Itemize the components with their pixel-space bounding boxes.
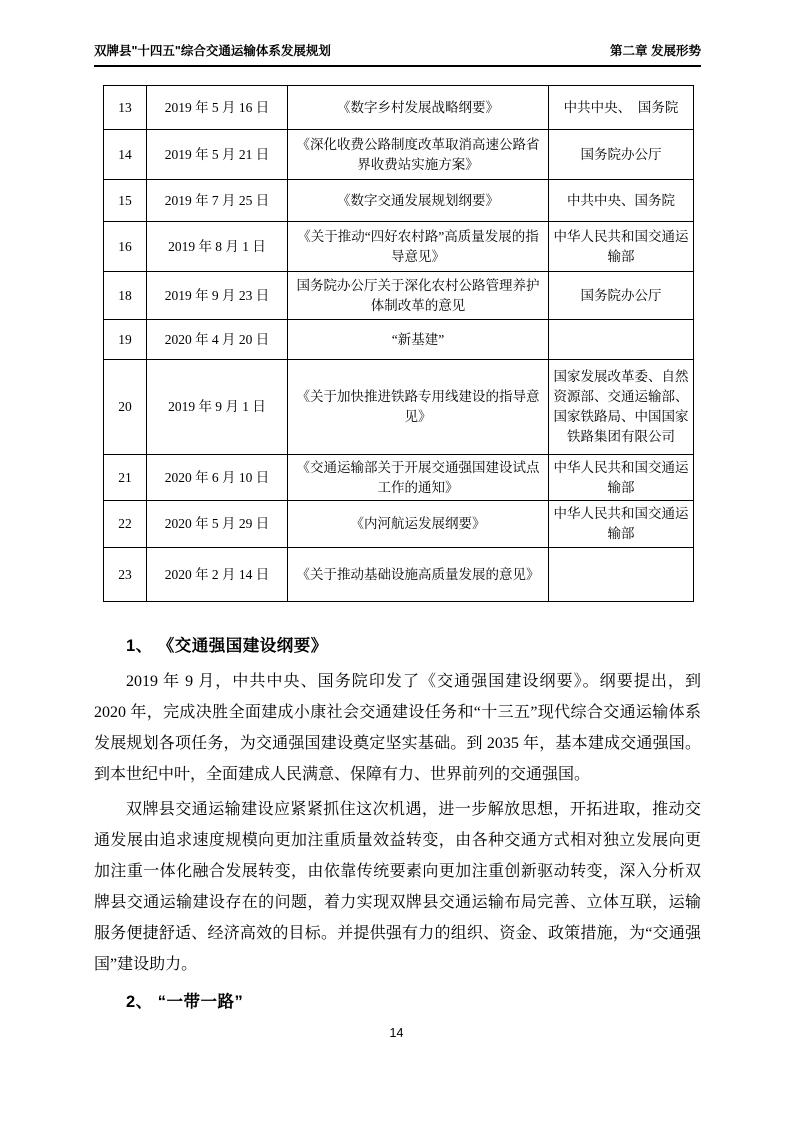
table-row: 16 2019 年 8 月 1 日 《关于推动“四好农村路”高质量发展的指导意见…: [104, 222, 694, 272]
cell-title: 《内河航运发展纲要》: [288, 501, 549, 548]
document-page: 双牌县"十四五"综合交通运输体系发展规划 第二章 发展形势 13 2019 年 …: [0, 0, 793, 1122]
header-chapter-title: 第二章 发展形势: [610, 44, 701, 59]
cell-title: 《关于推动基础设施高质量发展的意见》: [288, 548, 549, 602]
cell-title: 《关于加快推进铁路专用线建设的指导意见》: [288, 360, 549, 455]
cell-issuer: 中共中央、国务院: [549, 180, 694, 222]
cell-title: 《深化收费公路制度改革取消高速公路省界收费站实施方案》: [288, 130, 549, 180]
cell-number: 13: [104, 86, 147, 130]
table-row: 21 2020 年 6 月 10 日 《交通运输部关于开展交通强国建设试点工作的…: [104, 455, 694, 501]
cell-number: 21: [104, 455, 147, 501]
cell-issuer: 国务院办公厅: [549, 130, 694, 180]
table-row: 19 2020 年 4 月 20 日 “新基建”: [104, 320, 694, 360]
cell-number: 19: [104, 320, 147, 360]
cell-issuer: 中共中央、 国务院: [549, 86, 694, 130]
section-1-heading: 1、 《交通强国建设纲要》: [94, 634, 701, 658]
cell-title: 《数字乡村发展战略纲要》: [288, 86, 549, 130]
cell-number: 23: [104, 548, 147, 602]
cell-issuer: 国家发展改革委、自然资源部、交通运输部、国家铁路局、中国国家铁路集团有限公司: [549, 360, 694, 455]
cell-number: 16: [104, 222, 147, 272]
cell-number: 18: [104, 272, 147, 320]
cell-title: 《数字交通发展规划纲要》: [288, 180, 549, 222]
cell-date: 2019 年 7 月 25 日: [147, 180, 288, 222]
section-1-paragraph-1: 2019 年 9 月，中共中央、国务院印发了《交通强国建设纲要》。纲要提出，到 …: [94, 666, 701, 790]
header-document-title: 双牌县"十四五"综合交通运输体系发展规划: [94, 44, 331, 59]
cell-title: “新基建”: [288, 320, 549, 360]
cell-date: 2020 年 2 月 14 日: [147, 548, 288, 602]
cell-date: 2019 年 8 月 1 日: [147, 222, 288, 272]
table-row: 18 2019 年 9 月 23 日 国务院办公厅关于深化农村公路管理养护体制改…: [104, 272, 694, 320]
cell-date: 2020 年 5 月 29 日: [147, 501, 288, 548]
table-row: 14 2019 年 5 月 21 日 《深化收费公路制度改革取消高速公路省界收费…: [104, 130, 694, 180]
cell-issuer: 中华人民共和国交通运输部: [549, 501, 694, 548]
cell-number: 14: [104, 130, 147, 180]
cell-date: 2019 年 5 月 21 日: [147, 130, 288, 180]
cell-number: 22: [104, 501, 147, 548]
cell-date: 2019 年 5 月 16 日: [147, 86, 288, 130]
cell-issuer: [549, 320, 694, 360]
cell-title: 《关于推动“四好农村路”高质量发展的指导意见》: [288, 222, 549, 272]
cell-issuer: 中华人民共和国交通运输部: [549, 222, 694, 272]
page-number: 14: [0, 1026, 793, 1040]
cell-date: 2020 年 6 月 10 日: [147, 455, 288, 501]
cell-date: 2019 年 9 月 23 日: [147, 272, 288, 320]
cell-title: 国务院办公厅关于深化农村公路管理养护体制改革的意见: [288, 272, 549, 320]
cell-title: 《交通运输部关于开展交通强国建设试点工作的通知》: [288, 455, 549, 501]
table-row: 23 2020 年 2 月 14 日 《关于推动基础设施高质量发展的意见》: [104, 548, 694, 602]
cell-number: 15: [104, 180, 147, 222]
policy-documents-table: 13 2019 年 5 月 16 日 《数字乡村发展战略纲要》 中共中央、 国务…: [103, 85, 694, 602]
table-row: 20 2019 年 9 月 1 日 《关于加快推进铁路专用线建设的指导意见》 国…: [104, 360, 694, 455]
cell-issuer: 国务院办公厅: [549, 272, 694, 320]
section-2-heading: 2、 “一带一路”: [94, 990, 701, 1014]
cell-issuer: 中华人民共和国交通运输部: [549, 455, 694, 501]
table-row: 15 2019 年 7 月 25 日 《数字交通发展规划纲要》 中共中央、国务院: [104, 180, 694, 222]
cell-issuer: [549, 548, 694, 602]
page-header: 双牌县"十四五"综合交通运输体系发展规划 第二章 发展形势: [94, 44, 701, 67]
table-row: 13 2019 年 5 月 16 日 《数字乡村发展战略纲要》 中共中央、 国务…: [104, 86, 694, 130]
cell-date: 2020 年 4 月 20 日: [147, 320, 288, 360]
table-row: 22 2020 年 5 月 29 日 《内河航运发展纲要》 中华人民共和国交通运…: [104, 501, 694, 548]
section-1-paragraph-2: 双牌县交通运输建设应紧紧抓住这次机遇，进一步解放思想，开拓进取，推动交通发展由追…: [94, 794, 701, 980]
cell-date: 2019 年 9 月 1 日: [147, 360, 288, 455]
cell-number: 20: [104, 360, 147, 455]
